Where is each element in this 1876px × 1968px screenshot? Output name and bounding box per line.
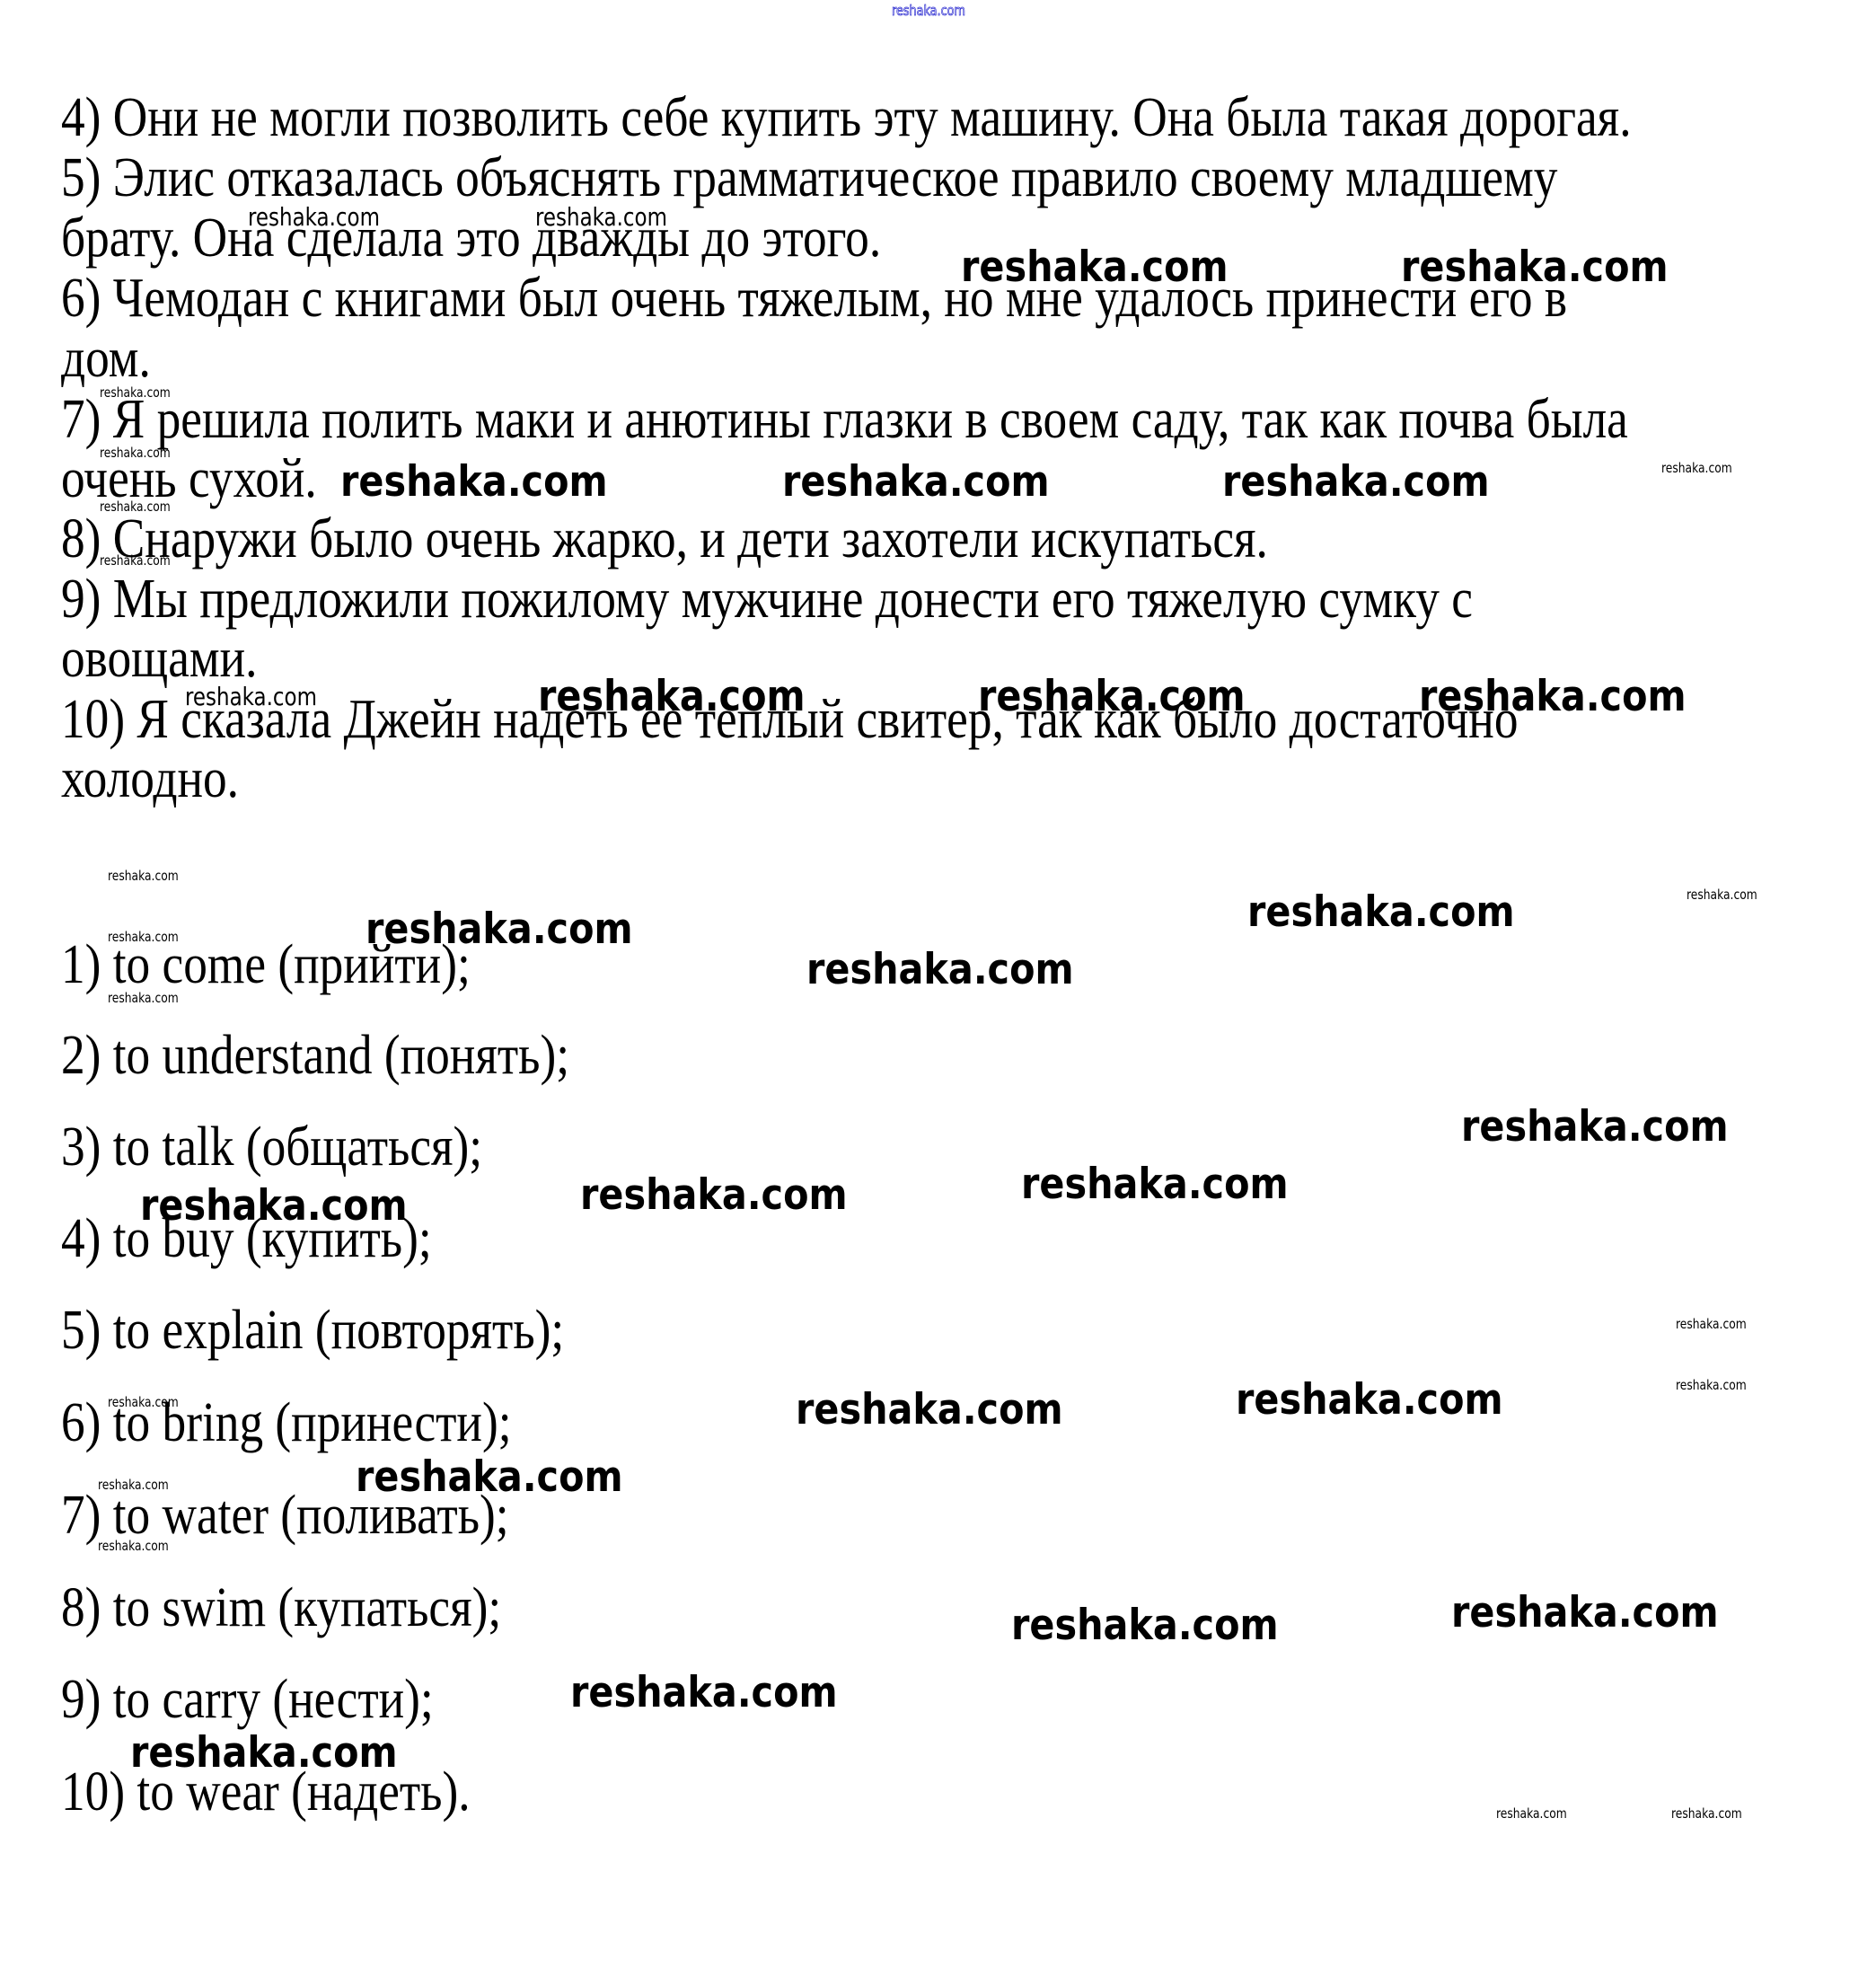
watermark: reshaka.com <box>1451 1592 1719 1634</box>
translation-line: 9) Мы предложили пожилому мужчине донест… <box>61 571 1473 627</box>
watermark: reshaka.com <box>108 1396 179 1409</box>
watermark: reshaka.com <box>961 246 1229 288</box>
watermark: reshaka.com <box>340 461 608 503</box>
watermark: reshaka.com <box>782 461 1050 503</box>
answer-item: 8) to swim (купаться); <box>61 1580 501 1636</box>
watermark: reshaka.com <box>1222 461 1490 503</box>
site-watermark-header: reshaka.com <box>892 4 965 18</box>
answer-item: 3) to talk (общаться); <box>61 1119 482 1175</box>
translation-line: 4) Они не могли позволить себе купить эт… <box>61 90 1632 146</box>
watermark: reshaka.com <box>98 1540 169 1553</box>
answer-item: 2) to understand (понять); <box>61 1028 569 1083</box>
watermark: reshaka.com <box>366 908 633 950</box>
answer-item: 5) to explain (повторять); <box>61 1302 564 1358</box>
watermark: reshaka.com <box>1496 1807 1567 1821</box>
answer-item: 9) to carry (нести); <box>61 1672 434 1727</box>
watermark: reshaka.com <box>570 1672 838 1714</box>
watermark: reshaka.com <box>1021 1163 1289 1205</box>
translation-line: 7) Я решила полить маки и анютины глазки… <box>61 392 1628 447</box>
watermark: reshaka.com <box>1236 1379 1503 1421</box>
watermark: reshaka.com <box>356 1456 623 1498</box>
watermark: reshaka.com <box>535 205 667 230</box>
translation-line: 5) Элис отказалась объяснять грамматичес… <box>61 150 1557 206</box>
watermark: reshaka.com <box>100 386 171 400</box>
watermark: reshaka.com <box>100 554 171 568</box>
watermark: reshaka.com <box>978 675 1246 718</box>
watermark: reshaka.com <box>1676 1379 1747 1392</box>
watermark: reshaka.com <box>1419 675 1687 718</box>
watermark: reshaka.com <box>1461 1106 1729 1148</box>
watermark: reshaka.com <box>806 949 1074 991</box>
watermark: reshaka.com <box>796 1389 1063 1431</box>
watermark: reshaka.com <box>1687 888 1757 902</box>
watermark: reshaka.com <box>580 1174 848 1216</box>
watermark: reshaka.com <box>248 205 380 230</box>
translation-line: овощами. <box>61 631 257 686</box>
watermark: reshaka.com <box>140 1185 408 1227</box>
watermark: reshaka.com <box>1676 1318 1747 1331</box>
watermark: reshaka.com <box>1011 1604 1279 1646</box>
watermark: reshaka.com <box>185 684 317 710</box>
watermark: reshaka.com <box>100 500 171 514</box>
translation-line: брату. Она сделала это дважды до этого. <box>61 210 881 266</box>
watermark: reshaka.com <box>1661 462 1732 475</box>
watermark: reshaka.com <box>108 869 179 883</box>
translation-line: 8) Снаружи было очень жарко, и дети захо… <box>61 511 1268 567</box>
watermark: reshaka.com <box>98 1478 169 1492</box>
watermark: reshaka.com <box>1401 246 1669 288</box>
translation-line: дом. <box>61 331 151 386</box>
translation-line: холодно. <box>61 751 239 807</box>
watermark: reshaka.com <box>130 1732 398 1774</box>
translation-line: 6) Чемодан с книгами был очень тяжелым, … <box>61 270 1567 326</box>
watermark: reshaka.com <box>1671 1807 1742 1821</box>
watermark: reshaka.com <box>538 675 806 718</box>
watermark: reshaka.com <box>100 446 171 460</box>
watermark: reshaka.com <box>108 931 179 944</box>
document-page: reshaka.com 4) Они не могли позволить се… <box>0 0 1876 1968</box>
watermark: reshaka.com <box>1247 891 1515 933</box>
watermark: reshaka.com <box>108 992 179 1005</box>
